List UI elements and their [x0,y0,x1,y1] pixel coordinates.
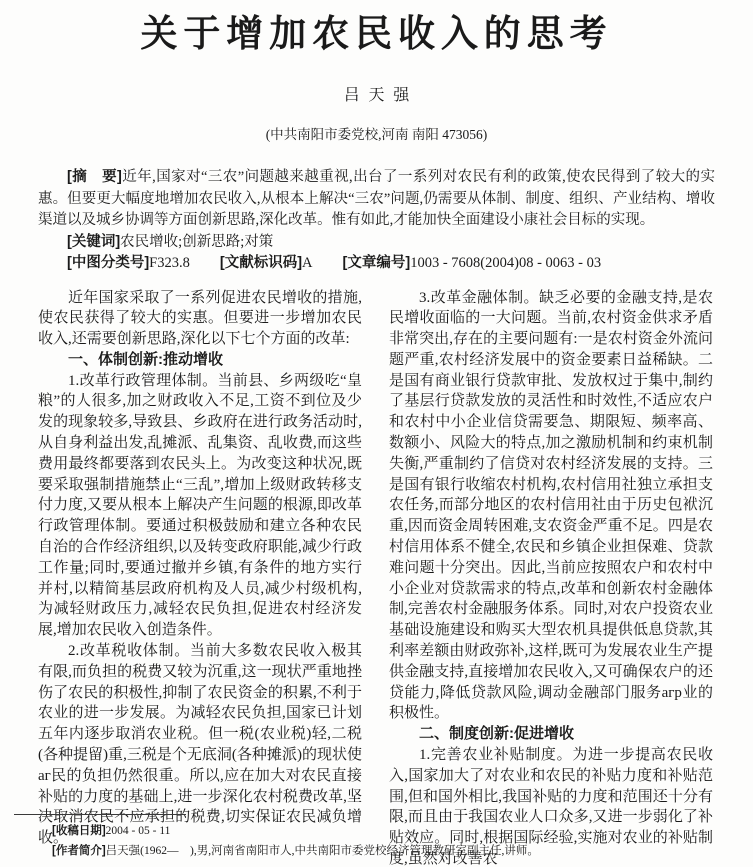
clc-label: [中图分类号] [67,255,149,271]
section-heading-1: 一、体制创新:推动增收 [38,350,362,371]
document-code: [文献标识码]A [220,255,313,271]
section-heading-2: 二、制度创新:促进增收 [389,724,713,745]
paper-page: 关于增加农民收入的思考 吕天强 (中共南阳市委党校,河南 南阳 473056) … [0,0,753,867]
keywords: [关键词]农民增收;创新思路;对策 [38,232,715,254]
author-affiliation: (中共南阳市委党校,河南 南阳 473056) [0,123,753,143]
paragraph-finance-reform: 3.改革金融体制。缺乏必要的金融支持,是农民增收面临的一大问题。当前,农村资金供… [389,288,713,725]
keywords-text: 农民增收;创新思路;对策 [120,234,273,250]
paragraph-admin-reform: 1.改革行政管理体制。当前县、乡两级吃“皇粮”的人很多,加之财政收入不足,工资不… [38,371,362,641]
classification-line: [中图分类号]F323.8[文献标识码]A[文章编号]1003 - 7608(2… [38,253,715,275]
intro-paragraph: 近年国家采取了一系列促进农民增收的措施,使农民获得了较大的实惠。但要进一步增加农… [38,288,362,350]
paper-title: 关于增加农民收入的思考 [0,0,753,58]
article-id: [文章编号]1003 - 7608(2004)08 - 0063 - 03 [343,255,602,271]
document-code-label: [文献标识码] [220,255,302,271]
keywords-label: [关键词] [67,234,120,250]
author-bio-text: 吕天强(1962— ),男,河南省南阳市人,中共南阳市委党校经济管理教研室副主任… [106,845,539,857]
received-date-value: 2004 - 05 - 11 [106,825,171,837]
meta-block: [摘 要]近年,国家对“三农”问题越来越重视,出台了一系列对农民有利的政策,使农… [38,167,715,275]
received-date-label: [收稿日期] [52,825,106,837]
abstract: [摘 要]近年,国家对“三农”问题越来越重视,出台了一系列对农民有利的政策,使农… [38,167,715,232]
author-bio-line: [作者简介]吕天强(1962— ),男,河南省南阳市人,中共南阳市委党校经济管理… [38,841,735,861]
article-id-label: [文章编号] [343,255,411,271]
left-column: 近年国家采取了一系列促进农民增收的措施,使农民获得了较大的实惠。但要进一步增加农… [38,288,362,867]
received-date-line: [收稿日期]2004 - 05 - 11 [38,821,735,841]
author-bio-label: [作者简介] [52,845,106,857]
abstract-text: 近年,国家对“三农”问题越来越重视,出台了一系列对农民有利的政策,使农民得到了较… [38,169,715,228]
footnote-block: [收稿日期]2004 - 05 - 11 [作者简介]吕天强(1962— ),男… [38,814,735,861]
author-name: 吕天强 [0,82,753,105]
clc-number: [中图分类号]F323.8 [67,255,190,271]
article-body: 近年国家采取了一系列促进农民增收的措施,使农民获得了较大的实惠。但要进一步增加农… [38,288,715,867]
footnote-divider [14,814,186,815]
abstract-label: [摘 要] [67,169,122,185]
right-column: 3.改革金融体制。缺乏必要的金融支持,是农民增收面临的一大问题。当前,农村资金供… [389,288,713,867]
